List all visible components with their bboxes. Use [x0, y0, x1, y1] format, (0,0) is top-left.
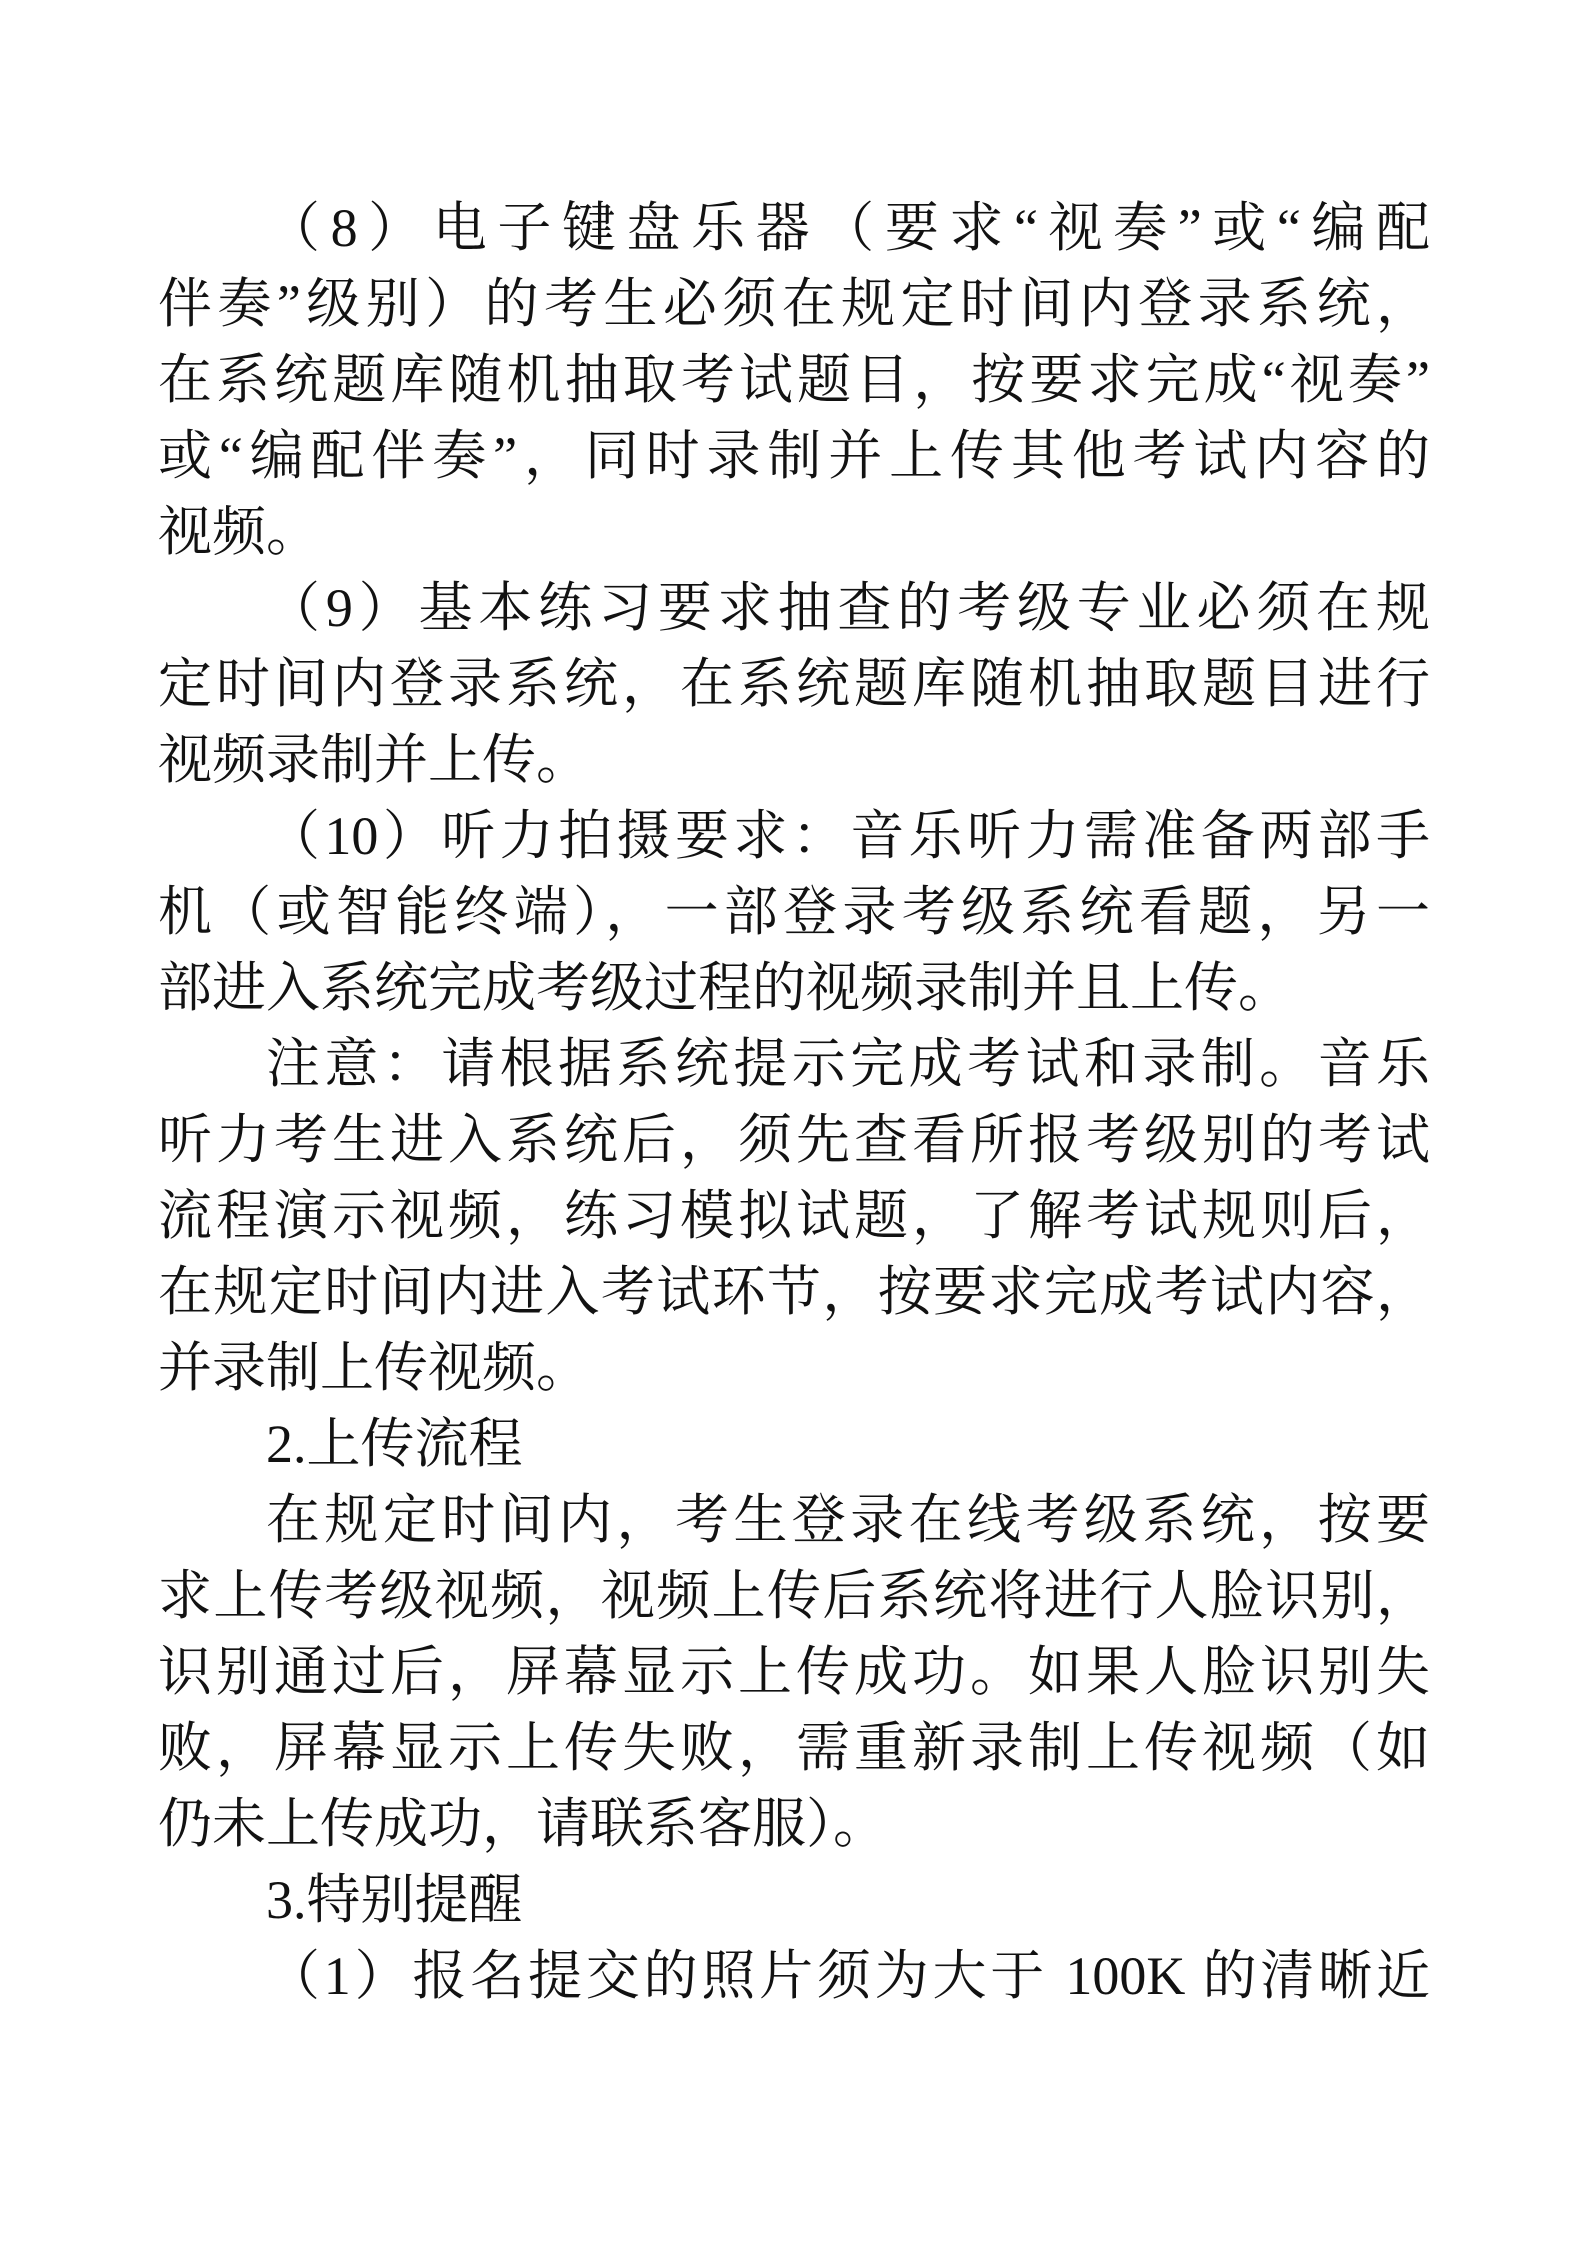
text-line: 听力考生进入系统后，须先查看所报考级别的考试 — [158, 1102, 1430, 1178]
text-line: 在规定时间内进入考试环节，按要求完成考试内容， — [158, 1254, 1430, 1330]
document-text: （8）电子键盘乐器（要求“视奏”或“编配伴奏”级别）的考生必须在规定时间内登录系… — [158, 190, 1430, 2014]
text-line: 败，屏幕显示上传失败，需重新录制上传视频（如 — [158, 1710, 1430, 1786]
document-page: （8）电子键盘乐器（要求“视奏”或“编配伴奏”级别）的考生必须在规定时间内登录系… — [0, 0, 1587, 2245]
text-line: 视频录制并上传。 — [158, 722, 1430, 798]
text-line: 并录制上传视频。 — [158, 1330, 1430, 1406]
text-line: 识别通过后，屏幕显示上传成功。如果人脸识别失 — [158, 1634, 1430, 1710]
text-line: 机（或智能终端），一部登录考级系统看题，另一 — [158, 874, 1430, 950]
text-line: 注意：请根据系统提示完成考试和录制。音乐 — [158, 1026, 1430, 1102]
text-line: 定时间内登录系统，在系统题库随机抽取题目进行 — [158, 646, 1430, 722]
text-line: 伴奏”级别）的考生必须在规定时间内登录系统， — [158, 266, 1430, 342]
text-line: 求上传考级视频，视频上传后系统将进行人脸识别， — [158, 1558, 1430, 1634]
text-line: 3.特别提醒 — [158, 1862, 1430, 1938]
text-line: 或“编配伴奏”，同时录制并上传其他考试内容的 — [158, 418, 1430, 494]
text-line: 2.上传流程 — [158, 1406, 1430, 1482]
text-line: 视频。 — [158, 494, 1430, 570]
text-line: 在规定时间内，考生登录在线考级系统，按要 — [158, 1482, 1430, 1558]
text-line: （10）听力拍摄要求：音乐听力需准备两部手 — [158, 798, 1430, 874]
text-line: 流程演示视频，练习模拟试题，了解考试规则后， — [158, 1178, 1430, 1254]
text-line: （9）基本练习要求抽查的考级专业必须在规 — [158, 570, 1430, 646]
text-line: 仍未上传成功，请联系客服）。 — [158, 1786, 1430, 1862]
text-line: （1）报名提交的照片须为大于 100K 的清晰近 — [158, 1938, 1430, 2014]
text-line: （8）电子键盘乐器（要求“视奏”或“编配 — [158, 190, 1430, 266]
text-line: 在系统题库随机抽取考试题目，按要求完成“视奏” — [158, 342, 1430, 418]
text-line: 部进入系统完成考级过程的视频录制并且上传。 — [158, 950, 1430, 1026]
